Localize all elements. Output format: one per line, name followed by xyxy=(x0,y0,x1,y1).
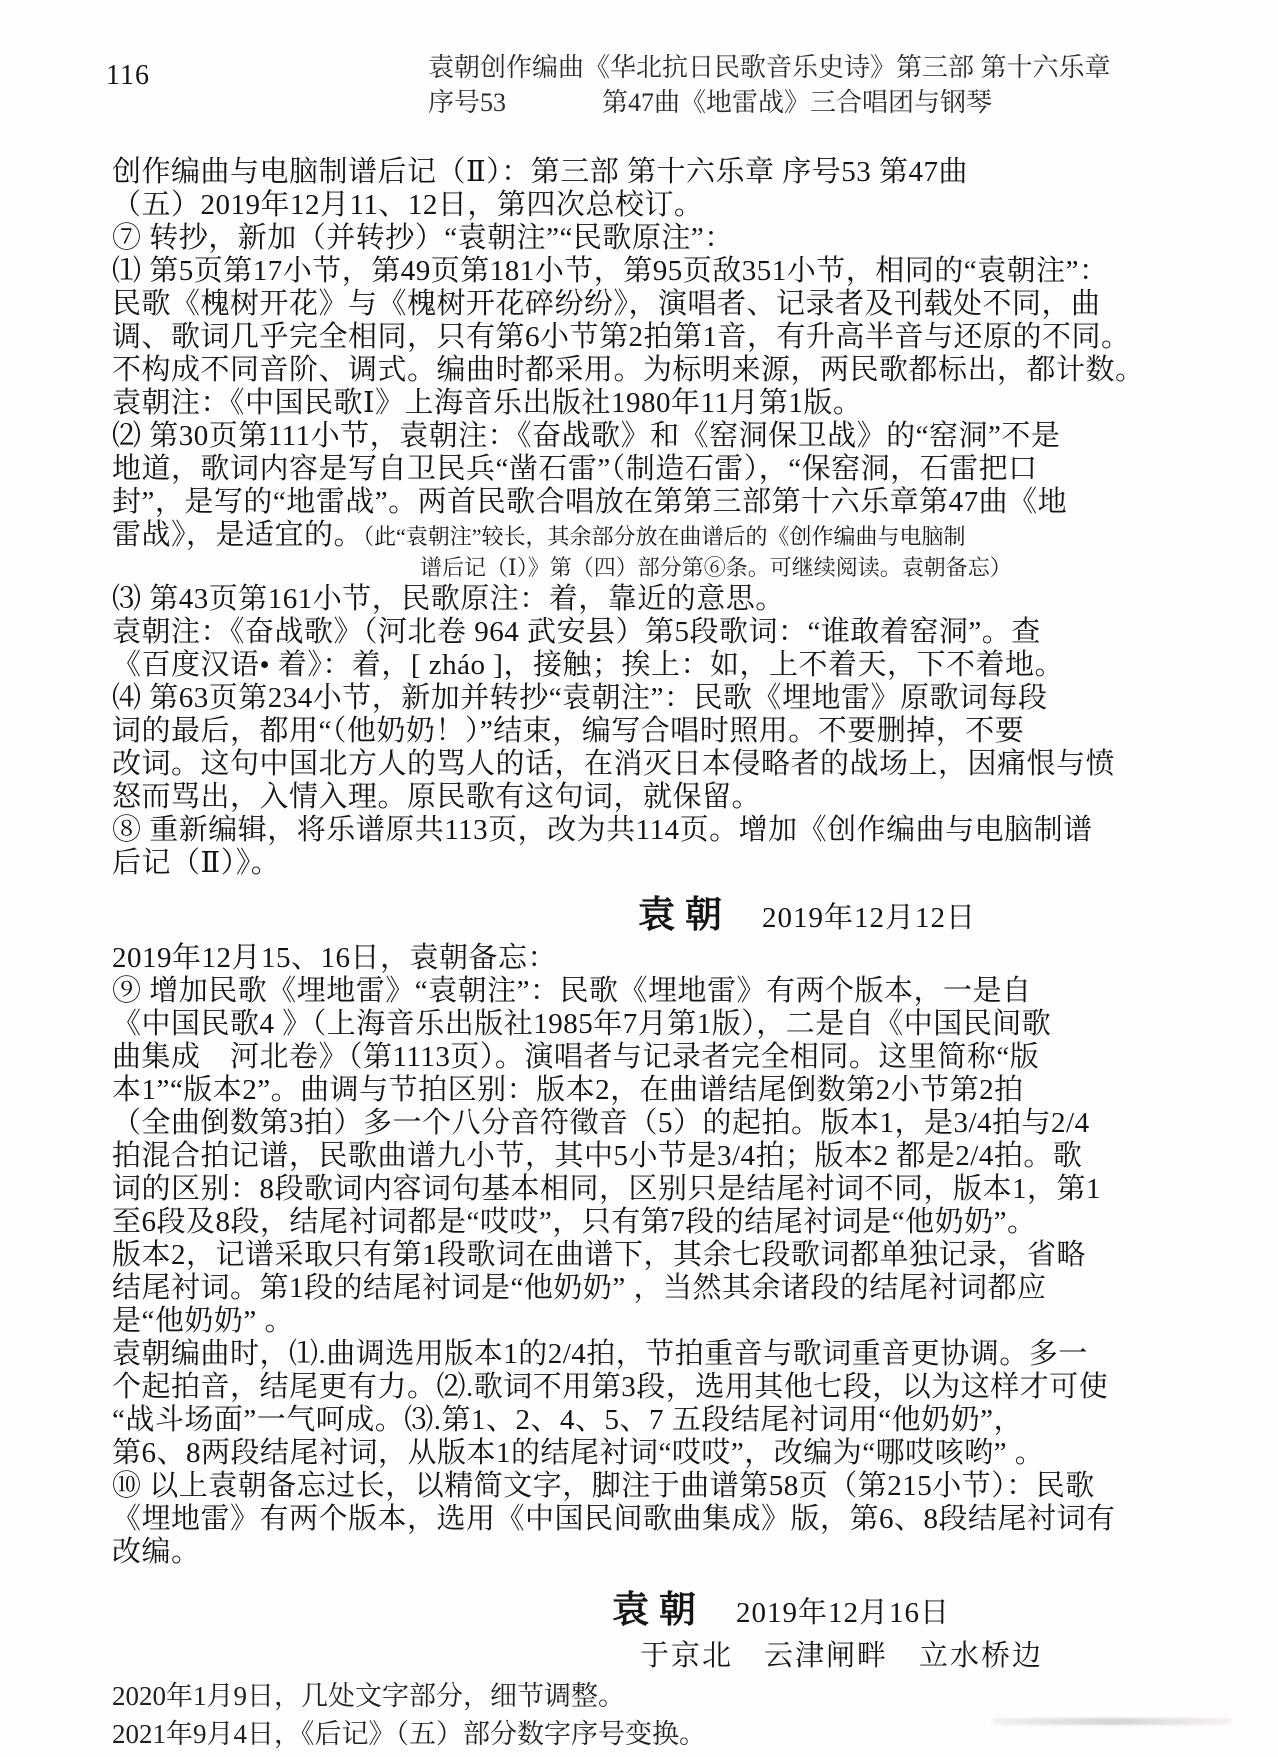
text-line: 2019年12月15、16日，袁朝备忘： xyxy=(112,942,1188,975)
text-line: 至6段及8段，结尾衬词都是“哎哎”，只有第7段的结尾衬词是“他奶奶”。 xyxy=(112,1206,1188,1239)
text-line: 本1”“版本2”。曲调与节拍区别：版本2，在曲谱结尾倒数第2小节第2拍 xyxy=(112,1074,1188,1107)
text-line: 民歌《槐树开花》与《槐树开花碎纷纷》，演唱者、记录者及刊载处不同，曲 xyxy=(112,288,1188,321)
text-line: ⑨ 增加民歌《埋地雷》“袁朝注”：民歌《埋地雷》有两个版本，一是自 xyxy=(112,975,1188,1008)
text-line: 后记（Ⅱ）》。 xyxy=(112,847,1188,880)
document-page: 116 袁朝创作编曲《华北抗日民歌音乐史诗》第三部 第十六乐章 序号53第47曲… xyxy=(0,0,1278,1757)
text-line: 结尾衬词。第1段的结尾衬词是“他奶奶” ，当然其余诸段的结尾衬词都应 xyxy=(112,1272,1188,1305)
header-piece-title: 第47曲《地雷战》三合唱团与钢琴 xyxy=(602,88,992,117)
text-line: 改编。 xyxy=(112,1536,1188,1569)
signature-name: 袁朝 xyxy=(638,884,732,938)
running-header: 袁朝创作编曲《华北抗日民歌音乐史诗》第三部 第十六乐章 序号53第47曲《地雷战… xyxy=(428,50,1188,120)
text-line: （全曲倒数第3拍）多一个八分音符徵音（5）的起拍。版本1，是3/4拍与2/4 xyxy=(112,1107,1188,1140)
text-line: （五）2019年12月11、12日，第四次总校订。 xyxy=(112,189,1188,222)
text-line: 不构成不同音阶、调式。编曲时都采用。为标明来源，两民歌都标出，都计数。 xyxy=(112,354,1188,387)
signature-location: 于京北 云津闸畔 立水桥边 xyxy=(112,1635,1188,1677)
text-line: 袁朝注：《中国民歌Ⅰ》上海音乐出版社1980年11月第1版。 xyxy=(112,387,1188,420)
text-line: 词的最后，都用“（他奶奶！）”结束，编写合唱时照用。不要删掉，不要 xyxy=(112,715,1188,748)
header-title-line1: 袁朝创作编曲《华北抗日民歌音乐史诗》第三部 第十六乐章 xyxy=(428,50,1188,85)
header-title-line2: 序号53第47曲《地雷战》三合唱团与钢琴 xyxy=(428,85,1188,120)
page-number: 116 xyxy=(106,60,150,92)
signature-date: 2019年12月16日 xyxy=(736,1590,950,1631)
text-line-normal-part: 雷战》，是适宜的。 xyxy=(112,519,363,551)
text-line: 是“他奶奶” 。 xyxy=(112,1305,1188,1338)
text-line: ⑩ 以上袁朝备忘过长，以精简文字，脚注于曲谱第58页（第215小节）：民歌 xyxy=(112,1470,1188,1503)
revision-note: 2020年1月9日，几处文字部分，细节调整。 xyxy=(112,1677,1188,1715)
text-line: 《中国民歌4 》（上海音乐出版社1985年7月第1版），二是自《中国民间歌 xyxy=(112,1008,1188,1041)
document-body: 创作编曲与电脑制谱后记（Ⅱ）：第三部 第十六乐章 序号53 第47曲 （五）20… xyxy=(112,156,1188,1753)
faint-watermark-smudge xyxy=(992,1718,1232,1725)
signature-block: 袁朝 2019年12月16日 xyxy=(112,1579,1188,1633)
text-line: 改词。这句中国北方人的骂人的话，在消灭日本侵略者的战场上，因痛恨与愤 xyxy=(112,748,1188,781)
text-line: 调、歌词几乎完全相同，只有第6小节第2拍第1音，有升高半音与还原的不同。 xyxy=(112,321,1188,354)
text-line: 怒而骂出，入情入理。原民歌有这句词，就保留。 xyxy=(112,781,1188,814)
text-line: 创作编曲与电脑制谱后记（Ⅱ）：第三部 第十六乐章 序号53 第47曲 xyxy=(112,156,1188,189)
text-line: 袁朝编曲时，⑴.曲调选用版本1的2/4拍，节拍重音与歌词重音更协调。多一 xyxy=(112,1338,1188,1371)
signature-block: 袁朝 2019年12月12日 xyxy=(112,884,1188,940)
text-line: 拍混合拍记谱，民歌曲谱九小节，其中5小节是3/4拍；版本2 都是2/4拍。歌 xyxy=(112,1140,1188,1173)
text-line: 《百度汉语• 着》：着，[ zháo ]，接触；挨上：如，上不着天，下不着地。 xyxy=(112,649,1188,682)
text-line: 袁朝注：《奋战歌》（河北卷 964 武安县）第5段歌词：“谁敢着窑洞”。查 xyxy=(112,616,1188,649)
text-line-small-part: （此“袁朝注”较长，其余部分放在曲谱后的《创作编曲与电脑制 xyxy=(363,524,966,549)
signature-date: 2019年12月12日 xyxy=(762,895,976,936)
text-line: ⑷ 第63页第234小节，新加并转抄“袁朝注”：民歌《埋地雷》原歌词每段 xyxy=(112,682,1188,715)
text-line: ⑵ 第30页第111小节，袁朝注：《奋战歌》和《窑洞保卫战》的“窑洞”不是 xyxy=(112,420,1188,453)
text-line: 第6、8两段结尾衬词，从版本1的结尾衬词“哎哎”，改编为“哪哎咳哟” 。 xyxy=(112,1437,1188,1470)
text-line: 《埋地雷》有两个版本，选用《中国民间歌曲集成》版，第6、8段结尾衬词有 xyxy=(112,1503,1188,1536)
text-line: 词的区别：8段歌词内容词句基本相同，区别只是结尾衬词不同，版本1，第1 xyxy=(112,1173,1188,1206)
text-line: 地道，歌词内容是写自卫民兵“凿石雷”（制造石雷），“保窑洞，石雷把口 xyxy=(112,453,1188,486)
signature-name: 袁朝 xyxy=(612,1579,706,1633)
text-line: ⑴ 第5页第17小节，第49页第181小节，第95页敌351小节，相同的“袁朝注… xyxy=(112,255,1188,288)
header-serial: 序号53 xyxy=(428,85,506,120)
text-line: ⑧ 重新编辑，将乐谱原共113页，改为共114页。增加《创作编曲与电脑制谱 xyxy=(112,814,1188,847)
text-line: 版本2，记谱采取只有第1段歌词在曲谱下，其余七段歌词都单独记录，省略 xyxy=(112,1239,1188,1272)
text-line-small: 谱后记（Ⅰ）》第（四）部分第⑥条。可继续阅读。袁朝备忘） xyxy=(112,553,1188,583)
text-line: 封”，是写的“地雷战”。两首民歌合唱放在第第三部第十六乐章第47曲《地 xyxy=(112,486,1188,519)
text-line: ⑶ 第43页第161小节，民歌原注：着，靠近的意思。 xyxy=(112,583,1188,616)
text-line-mixed: 雷战》，是适宜的。（此“袁朝注”较长，其余部分放在曲谱后的《创作编曲与电脑制 xyxy=(112,519,1188,553)
text-line: “战斗场面”一气呵成。⑶.第1、2、4、5、7 五段结尾衬词用“他奶奶”， xyxy=(112,1404,1188,1437)
text-line: 曲集成 河北卷》（第1113页）。演唱者与记录者完全相同。这里简称“版 xyxy=(112,1041,1188,1074)
text-line: 个起拍音，结尾更有力。⑵.歌词不用第3段，选用其他七段，以为这样才可使 xyxy=(112,1371,1188,1404)
text-line: ⑦ 转抄，新加（并转抄）“袁朝注”“民歌原注”： xyxy=(112,222,1188,255)
